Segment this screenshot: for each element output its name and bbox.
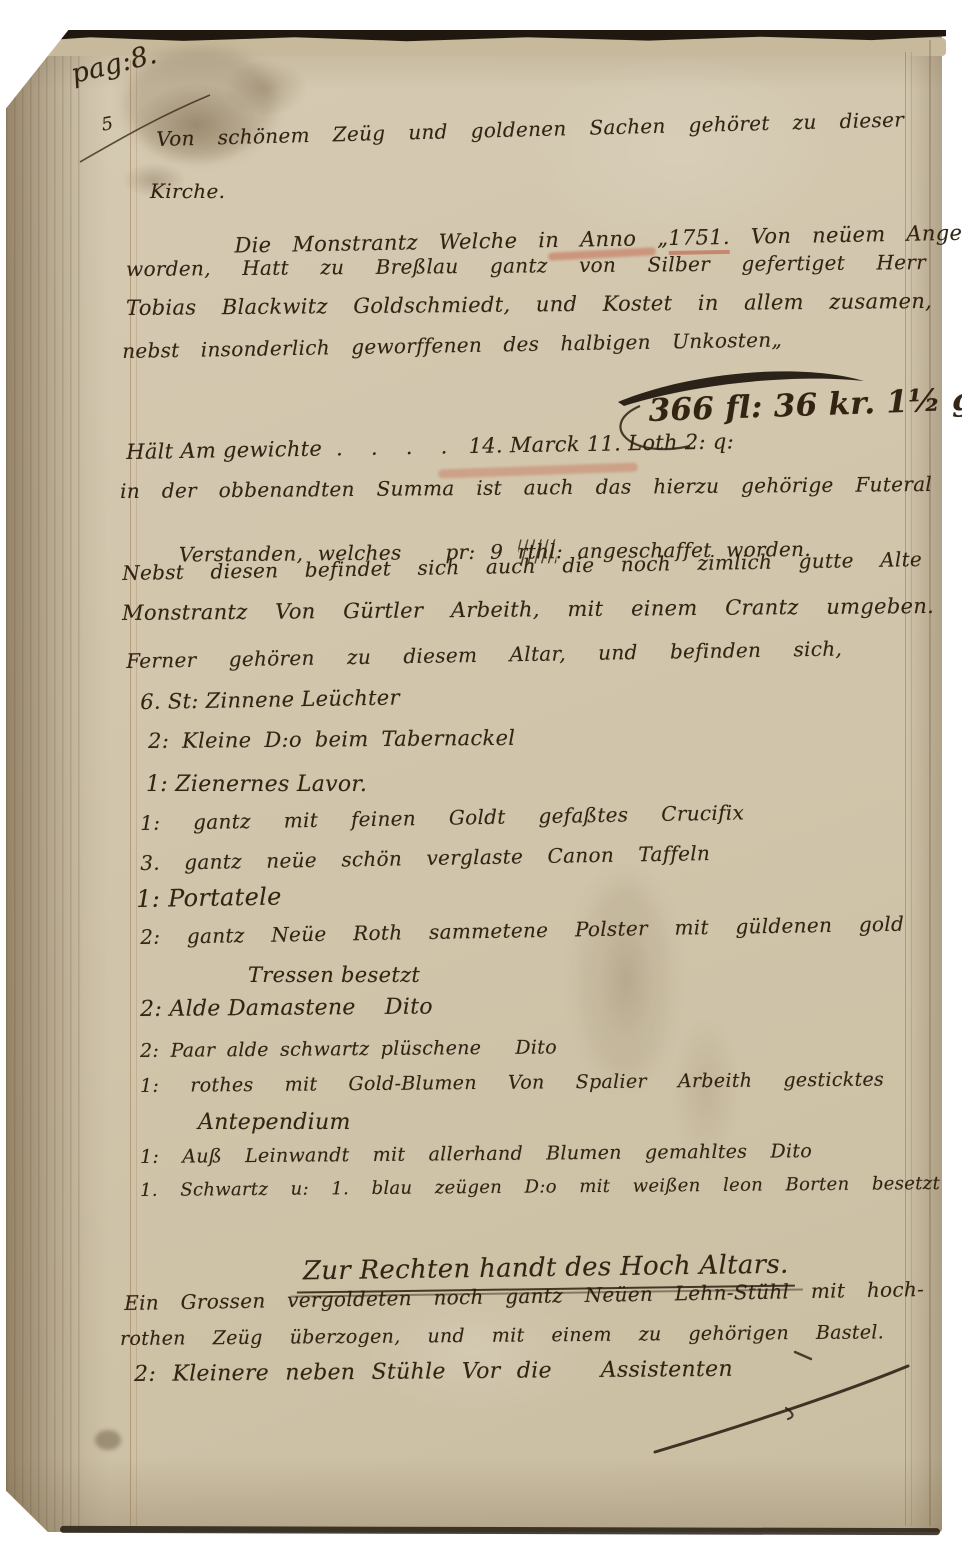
- inventory-item: 2: Alde Damastene Dito: [140, 994, 433, 1022]
- manuscript-line: 2: Kleinere neben Stühle Vor die Assiste…: [134, 1357, 733, 1388]
- year-1751-red-underlined: 1751.: [668, 225, 730, 255]
- manuscript-scan: pag:8. 5 Von schönem Zeüg und goldenen S…: [0, 0, 962, 1544]
- manuscript-line: Kirche.: [150, 180, 225, 203]
- inventory-item: 6. St: Zinnene Leüchter: [140, 685, 400, 714]
- book-bottom-edge: [60, 1526, 940, 1535]
- line-fragment: Von neüem Angeschafft: [730, 220, 962, 249]
- book-binding-edge: [6, 30, 84, 1532]
- inventory-item: 2: Kleine D:o beim Tabernackel: [148, 726, 515, 753]
- inventory-item: 1: Portatele: [136, 883, 282, 913]
- inventory-item: 1: Zienernes Lavor.: [146, 772, 367, 797]
- inventory-item-continuation: Antependium: [198, 1110, 351, 1135]
- inventory-item: 2: Paar alde schwartz plüschene Dito: [140, 1037, 557, 1062]
- inventory-item-continuation: Tressen besetzt: [248, 963, 420, 987]
